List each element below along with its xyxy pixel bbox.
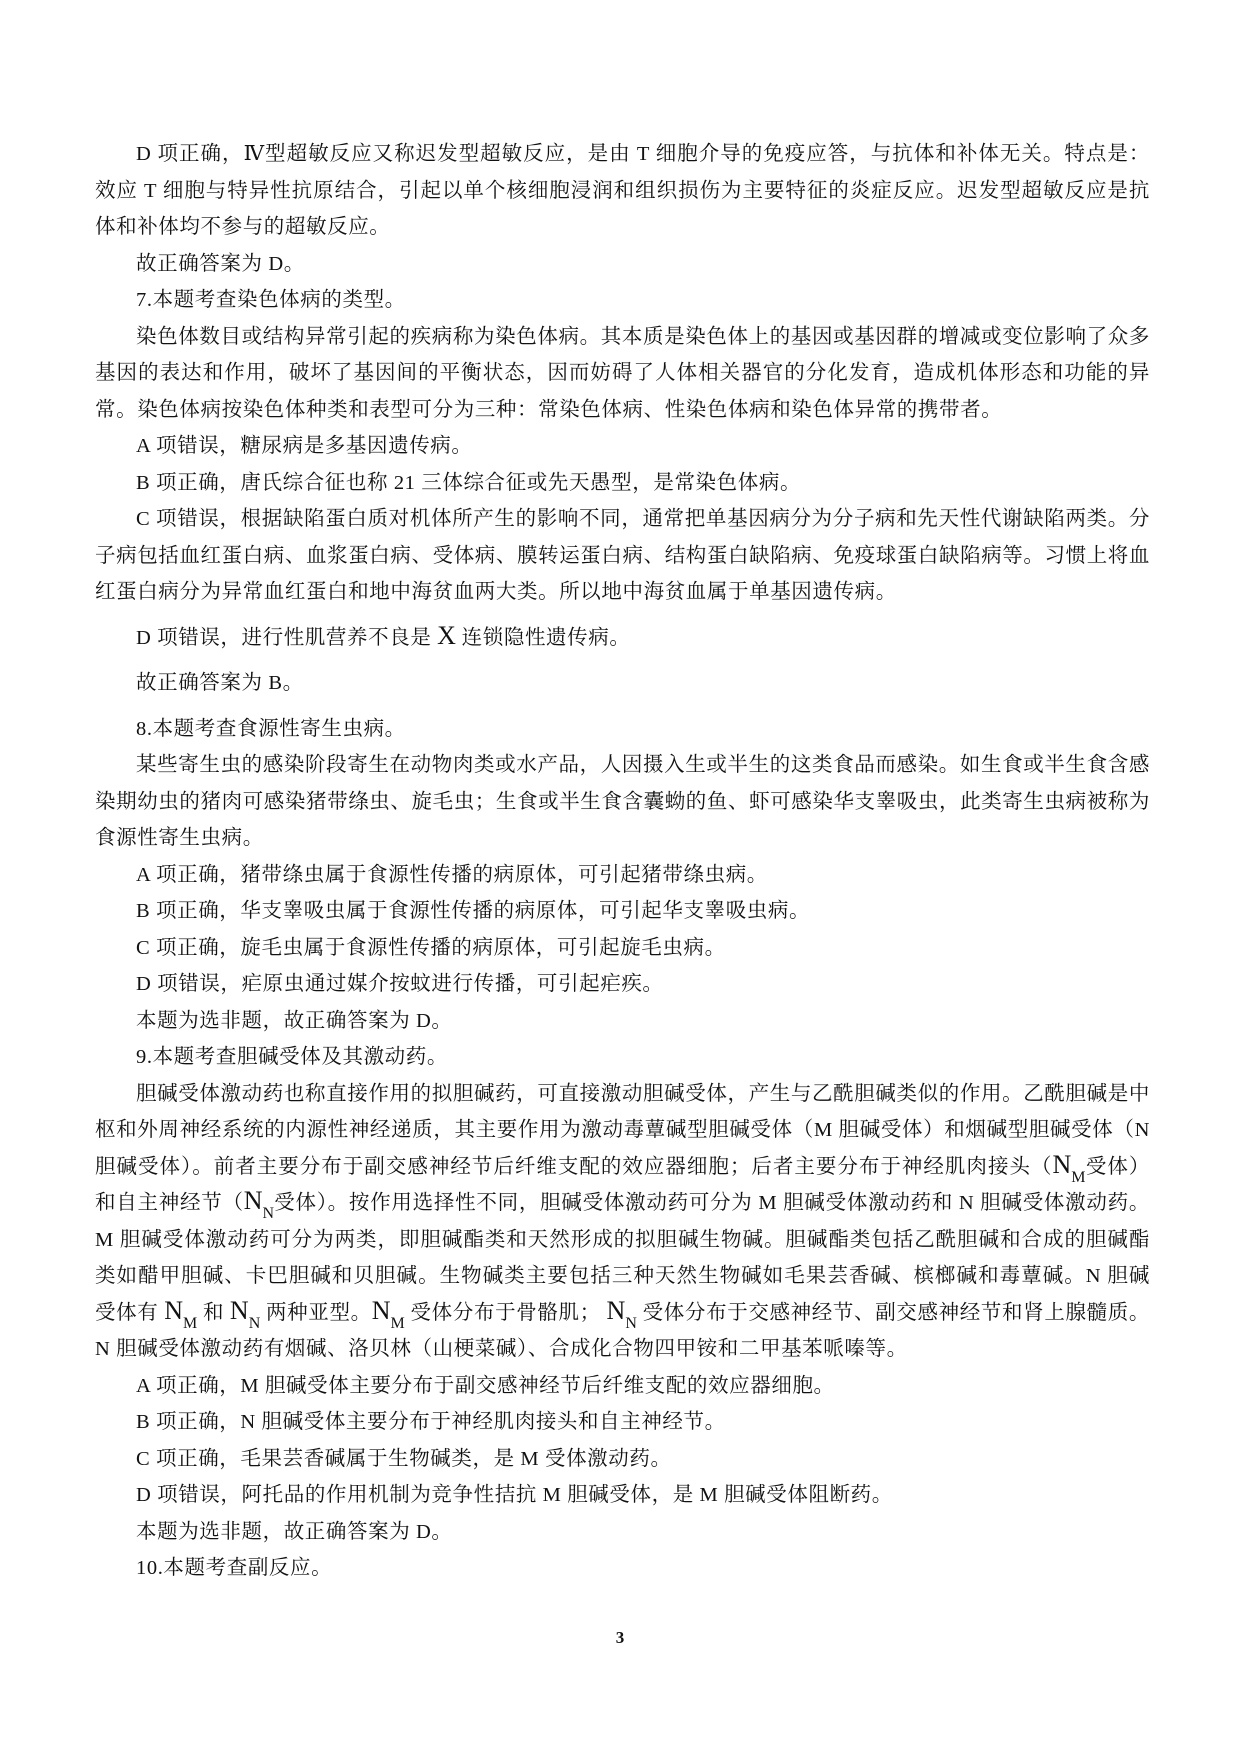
paragraph-q8-answer: 本题为选非题，故正确答案为 D。: [95, 1003, 1150, 1040]
math-base: N: [372, 1296, 391, 1325]
math-base: N: [230, 1296, 249, 1325]
paragraph-q9-option-c: C 项正确，毛果芸香碱属于生物碱类，是 M 受体激动药。: [95, 1441, 1150, 1478]
paragraph-q7-explanation: 染色体数目或结构异常引起的疾病称为染色体病。其本质是染色体上的基因或基因群的增减…: [95, 319, 1150, 429]
math-base: N: [164, 1296, 183, 1325]
paragraph-q10-heading: 10.本题考查副反应。: [95, 1550, 1150, 1587]
paragraph-q8-option-c: C 项正确，旋毛虫属于食源性传播的病原体，可引起旋毛虫病。: [95, 930, 1150, 967]
paragraph-q6-answer: 故正确答案为 D。: [95, 246, 1150, 283]
math-symbol-nm: NM: [1052, 1150, 1085, 1179]
paragraph-q9-heading: 9.本题考查胆碱受体及其激动药。: [95, 1039, 1150, 1076]
document-page: D 项正确，Ⅳ型超敏反应又称迟发型超敏反应，是由 T 细胞介导的免疫应答，与抗体…: [0, 0, 1240, 1754]
paragraph-q9-explanation: 胆碱受体激动药也称直接作用的拟胆碱药，可直接激动胆碱受体，产生与乙酰胆碱类似的作…: [95, 1076, 1150, 1368]
paragraph-q7-option-c: C 项错误，根据缺陷蛋白质对机体所产生的影响不同，通常把单基因病分为分子病和先天…: [95, 501, 1150, 611]
math-base: X: [437, 621, 456, 650]
math-subscript: M: [391, 1315, 405, 1332]
math-symbol-nn: NN: [244, 1186, 274, 1215]
paragraph-q9-option-a: A 项正确，M 胆碱受体主要分布于副交感神经节后纤维支配的效应器细胞。: [95, 1368, 1150, 1405]
math-symbol-nn: NN: [607, 1296, 637, 1325]
math-subscript: N: [625, 1315, 637, 1332]
paragraph-q8-option-b: B 项正确，华支睾吸虫属于食源性传播的病原体，可引起华支睾吸虫病。: [95, 893, 1150, 930]
page-number: 3: [0, 1628, 1240, 1648]
paragraph-q8-explanation: 某些寄生虫的感染阶段寄生在动物肉类或水产品，人因摄入生或半生的这类食品而感染。如…: [95, 747, 1150, 857]
math-subscript: M: [1071, 1169, 1085, 1186]
paragraph-q7-option-d: D 项错误，进行性肌营养不良是 X 连锁隐性遗传病。: [95, 620, 1150, 657]
paragraph-q7-option-a: A 项错误，糖尿病是多基因遗传病。: [95, 428, 1150, 465]
math-base: N: [1052, 1150, 1071, 1179]
text-run: D 项错误，进行性肌营养不良是: [136, 627, 437, 649]
text-run: 胆碱受体激动药也称直接作用的拟胆碱药，可直接激动胆碱受体，产生与乙酰胆碱类似的作…: [95, 1083, 1150, 1178]
text-run: 连锁隐性遗传病。: [456, 627, 631, 649]
text-run: 受体分布于骨骼肌；: [405, 1302, 607, 1324]
text-run: 两种亚型。: [260, 1302, 371, 1324]
paragraph-q7-option-b: B 项正确，唐氏综合征也称 21 三体综合征或先天愚型，是常染色体病。: [95, 465, 1150, 502]
math-subscript: N: [263, 1205, 275, 1222]
math-symbol-nm: NM: [372, 1296, 405, 1325]
paragraph-q9-option-d: D 项错误，阿托品的作用机制为竞争性拮抗 M 胆碱受体，是 M 胆碱受体阻断药。: [95, 1477, 1150, 1514]
paragraph-q8-option-a: A 项正确，猪带绦虫属于食源性传播的病原体，可引起猪带绦虫病。: [95, 857, 1150, 894]
paragraph-q8-option-d: D 项错误，疟原虫通过媒介按蚊进行传播，可引起疟疾。: [95, 966, 1150, 1003]
math-symbol-x: X: [437, 621, 456, 650]
math-base: N: [607, 1296, 626, 1325]
math-symbol-nn: NN: [230, 1296, 260, 1325]
paragraph-q9-option-b: B 项正确，N 胆碱受体主要分布于神经肌肉接头和自主神经节。: [95, 1404, 1150, 1441]
text-run: 和: [197, 1302, 230, 1324]
math-subscript: N: [249, 1315, 261, 1332]
paragraph-q6-option-d: D 项正确，Ⅳ型超敏反应又称迟发型超敏反应，是由 T 细胞介导的免疫应答，与抗体…: [95, 136, 1150, 246]
math-symbol-nm: NM: [164, 1296, 197, 1325]
paragraph-q8-heading: 8.本题考查食源性寄生虫病。: [95, 711, 1150, 748]
paragraph-q7-heading: 7.本题考查染色体病的类型。: [95, 282, 1150, 319]
paragraph-q7-answer: 故正确答案为 B。: [95, 665, 1150, 702]
paragraph-q9-answer: 本题为选非题，故正确答案为 D。: [95, 1514, 1150, 1551]
math-subscript: M: [183, 1315, 197, 1332]
math-base: N: [244, 1186, 263, 1215]
